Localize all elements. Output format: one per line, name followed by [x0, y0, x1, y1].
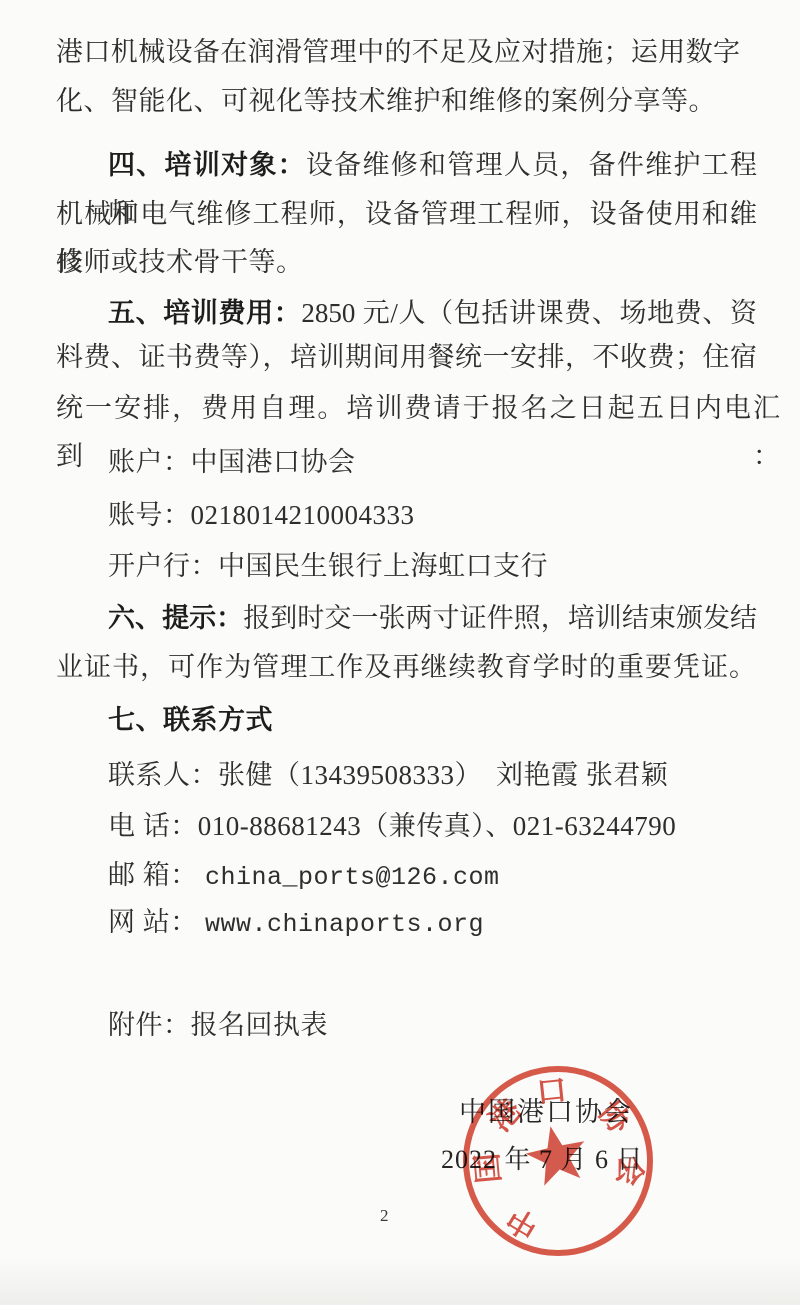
star-icon	[521, 1120, 591, 1188]
body-text: 账号：0218014210004333	[108, 500, 415, 530]
seal-character: 会	[609, 1151, 647, 1189]
body-text: 附件：报名回执表	[108, 1010, 328, 1040]
text-line-11: 开户行：中国民生银行上海虹口支行	[108, 542, 548, 590]
body-text: 2850 元/人（包括讲课费、场地费、资	[301, 298, 757, 328]
text-line-17: 邮 箱： china_ports@126.com	[108, 851, 500, 902]
body-text: 技师或技术骨干等。	[56, 247, 304, 277]
text-line-2: 化、智能化、可视化等技术维护和维修的案例分享等。	[56, 77, 716, 125]
text-line-16: 电 话：010-88681243（兼传真）、021-63244790	[108, 802, 676, 850]
text-line-19: 附件：报名回执表	[108, 1001, 328, 1049]
text-line-10: 账号：0218014210004333	[108, 491, 415, 539]
body-text: 料费、证书费等），培训期间用餐统一安排，不收费；住宿	[56, 342, 757, 372]
text-line-5: 技师或技术骨干等。	[56, 238, 304, 286]
body-text: 联系人：张健（13439508333） 刘艳霞 张君颖	[108, 760, 668, 790]
body-text: www.chinaports.org	[205, 910, 484, 939]
heading-text: 五、培训费用：	[108, 298, 301, 328]
body-text: 报到时交一张两寸证件照，培训结束颁发结	[243, 603, 757, 633]
body-text: china_ports@126.com	[205, 863, 500, 892]
body-text: 邮 箱：	[108, 860, 205, 890]
seal-character: 口	[532, 1073, 569, 1110]
body-text: 港口机械设备在润滑管理中的不足及应对措施；运用数字	[56, 37, 740, 67]
heading-text: 六、提示：	[108, 603, 243, 633]
text-line-13: 业证书，可作为管理工作及再继续教育学时的重要凭证。	[56, 643, 756, 691]
page-number: 2	[380, 1206, 389, 1226]
text-line-1: 港口机械设备在润滑管理中的不足及应对措施；运用数字	[56, 28, 740, 76]
heading-text: 七、联系方式	[108, 705, 273, 735]
body-text: 开户行：中国民生银行上海虹口支行	[108, 551, 548, 581]
text-line-18: 网 站： www.chinaports.org	[108, 898, 484, 949]
body-text: 网 站：	[108, 907, 205, 937]
official-seal: 中国港口协会	[461, 1064, 656, 1259]
heading-text: 四、培训对象：	[108, 150, 306, 180]
text-line-9: 账户：中国港口协会	[108, 438, 356, 486]
text-line-6: 五、培训费用：2850 元/人（包括讲课费、场地费、资	[108, 289, 757, 337]
text-line-14: 七、联系方式	[108, 696, 273, 744]
body-text: 业证书，可作为管理工作及再继续教育学时的重要凭证。	[56, 652, 756, 682]
body-text: 电 话：010-88681243（兼传真）、021-63244790	[108, 811, 676, 841]
text-line-12: 六、提示：报到时交一张两寸证件照，培训结束颁发结	[108, 594, 757, 642]
text-line-15: 联系人：张健（13439508333） 刘艳霞 张君颖	[108, 751, 668, 799]
document-page: 港口机械设备在润滑管理中的不足及应对措施；运用数字化、智能化、可视化等技术维护和…	[0, 0, 800, 1305]
seal-character: 国	[470, 1149, 507, 1186]
text-line-7: 料费、证书费等），培训期间用餐统一安排，不收费；住宿	[56, 333, 757, 381]
body-text: 账户：中国港口协会	[108, 447, 356, 477]
body-text: 化、智能化、可视化等技术维护和维修的案例分享等。	[56, 86, 716, 116]
